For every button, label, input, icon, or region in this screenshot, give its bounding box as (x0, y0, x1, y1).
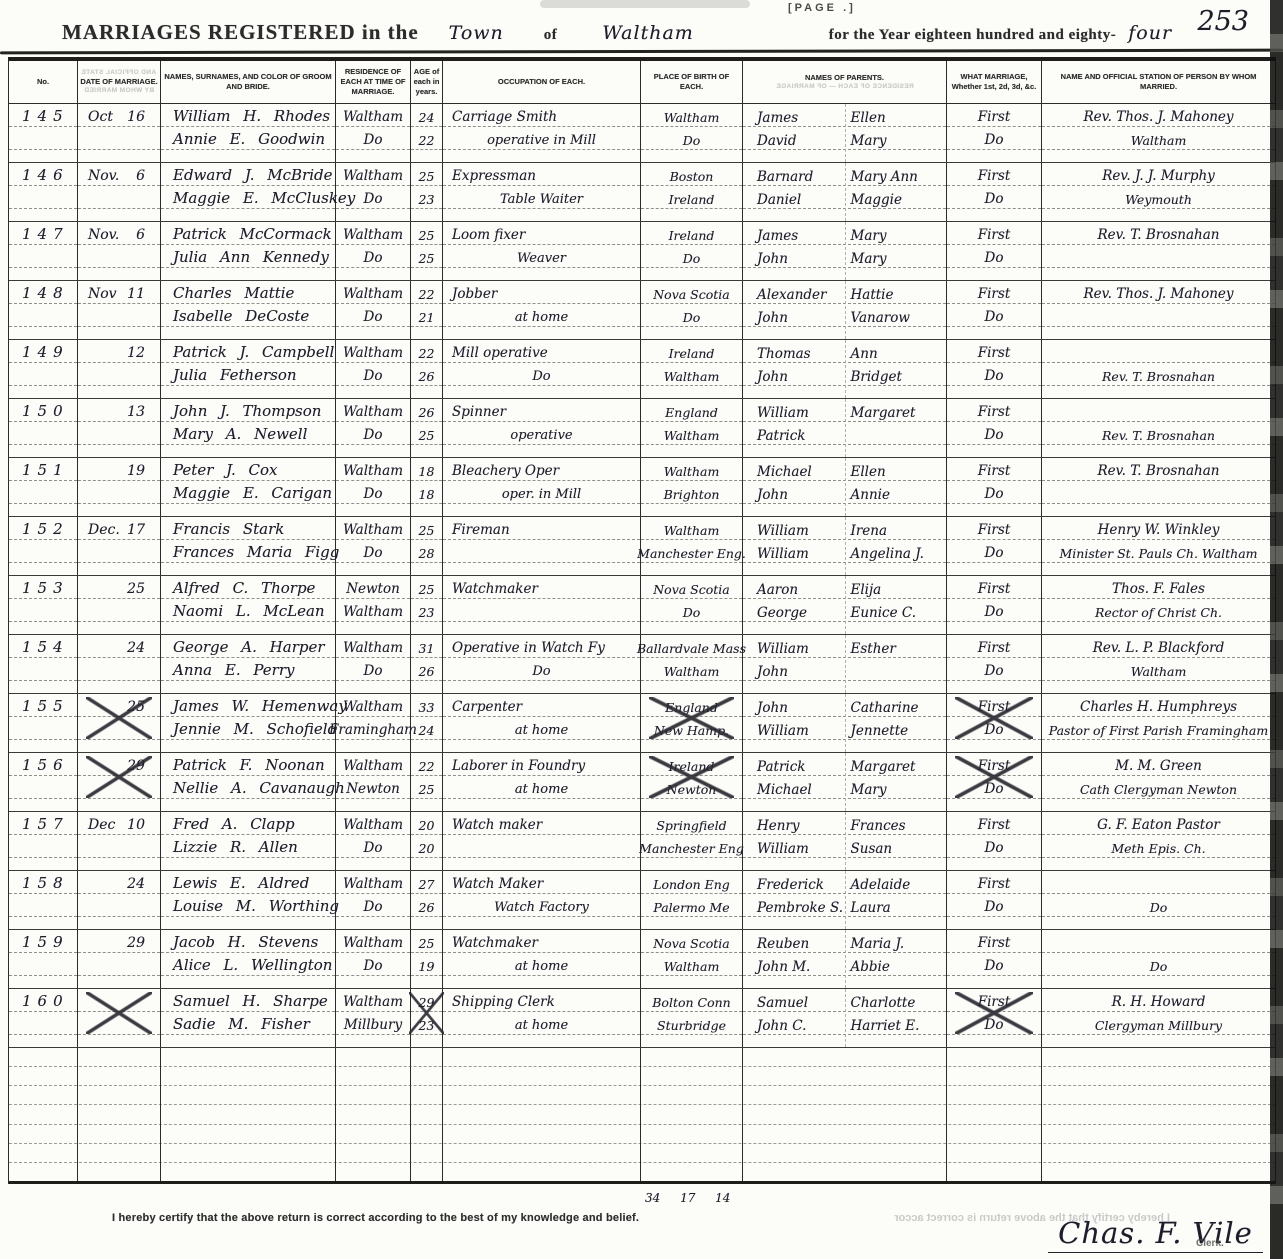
bride-occupation: operative in Mill (443, 127, 640, 150)
groom-age: 27 (411, 871, 442, 894)
bride-name: Maggie E. McCluskey (161, 186, 335, 209)
groom-father: Henry (743, 818, 845, 834)
residence-cell: Waltham Newton (336, 753, 411, 811)
groom-age: 24 (411, 104, 442, 127)
groom-marriage-order: First (947, 399, 1041, 422)
row-number: 151 (9, 458, 77, 481)
bride-father: George (743, 605, 845, 621)
officiant-station: Minister St. Pauls Ch. Waltham (1042, 540, 1275, 563)
groom-name: Lewis E. Aldred (161, 871, 335, 894)
bride-father: Pembroke S. (743, 900, 845, 916)
residence-cell: Waltham Do (336, 812, 411, 870)
groom-occupation: Loom fixer (443, 222, 640, 245)
groom-age: 31 (411, 635, 442, 658)
groom-father: William (743, 641, 845, 657)
page-title: MARRIAGES REGISTERED in the Town of Walt… (62, 20, 1272, 45)
row-number: 146 (9, 163, 77, 186)
clerk-signature-block: Chas. F. Vile (1048, 1216, 1263, 1253)
bride-birthplace: Palermo Me (641, 894, 742, 917)
officiant-name: Rev. L. P. Blackford (1042, 635, 1275, 658)
parents-cell: Patrick Margaret Michael Mary (743, 753, 947, 811)
cross-out-mark (409, 992, 444, 1034)
table-body: 145 Oct 16 William H. Rhodes Annie E. Go… (9, 104, 1276, 1048)
age-cell: 25 23 (411, 576, 443, 634)
bride-father: William (743, 546, 845, 562)
groom-father: William (743, 523, 845, 539)
bride-mother: Harriet E. (845, 1018, 947, 1034)
bride-residence: Do (336, 953, 410, 976)
groom-name: Charles Mattie (161, 281, 335, 304)
birthplace-cell: Bolton Conn Sturbridge (641, 989, 743, 1047)
row-number-cell: 158 (9, 871, 78, 929)
bride-residence: Do (336, 245, 410, 268)
groom-mother: Charlotte (845, 995, 947, 1011)
groom-name: Peter J. Cox (161, 458, 335, 481)
birthplace-cell: Waltham Manchester Eng. (641, 517, 743, 575)
bride-occupation: at home (443, 717, 640, 740)
bride-age: 25 (411, 422, 442, 445)
title-town-label: Town (449, 22, 504, 44)
marriage-date-cell: 29 (78, 930, 161, 988)
age-cell: 24 22 (411, 104, 443, 162)
groom-birthplace: Ballardvale Mass (641, 635, 742, 658)
marriage-day: 6 (136, 227, 145, 243)
officiant-station: Pastor of First Parish Framingham (1042, 717, 1275, 740)
bride-age: 25 (411, 776, 442, 799)
stray-tally-numbers: 34 17 14 (645, 1191, 730, 1205)
parents-cell: Michael Ellen John Annie (743, 458, 947, 516)
marriage-register-scan: [PAGE .] 253 MARRIAGES REGISTERED in the… (0, 0, 1283, 1259)
officiant-name: R. H. Howard (1042, 989, 1275, 1012)
bride-residence: Waltham (336, 599, 410, 622)
names-cell: Jacob H. Stevens Alice L. Wellington (161, 930, 336, 988)
officiant-cell: Rev. J. J. Murphy Weymouth (1042, 163, 1276, 221)
bride-residence: Newton (336, 776, 410, 799)
groom-age: 25 (411, 163, 442, 186)
bride-marriage-order: Do (947, 540, 1041, 563)
table-row: 149 12 Patrick J. Campbell Julia Fethers… (9, 340, 1276, 399)
title-year-prefix: for the Year eighteen hundred and eighty… (829, 27, 1116, 44)
groom-father: William (743, 405, 845, 421)
bride-mother: Jennette (845, 723, 947, 739)
officiant-station: Do (1042, 894, 1275, 917)
bride-age: 23 (411, 186, 442, 209)
age-cell: 25 25 (411, 222, 443, 280)
occupation-cell: Loom fixer Weaver (443, 222, 641, 280)
groom-father: Michael (743, 464, 845, 480)
bride-occupation: Weaver (443, 245, 640, 268)
groom-residence: Waltham (336, 989, 410, 1012)
groom-marriage-order: First (947, 517, 1041, 540)
groom-age: 22 (411, 753, 442, 776)
age-cell: 25 28 (411, 517, 443, 575)
marriage-date-cell: 19 (78, 458, 161, 516)
bride-name: Maggie E. Carigan (161, 481, 335, 504)
groom-residence: Waltham (336, 163, 410, 186)
officiant-station: Clergyman Millbury (1042, 1012, 1275, 1035)
groom-birthplace: Waltham (641, 517, 742, 540)
groom-occupation: Bleachery Oper (443, 458, 640, 481)
officiant-name: Rev. Thos. J. Mahoney (1042, 281, 1275, 304)
what-marriage-cell: First Do (947, 104, 1042, 162)
bride-birthplace: Do (641, 245, 742, 268)
groom-residence: Waltham (336, 635, 410, 658)
residence-cell: Waltham Do (336, 399, 411, 457)
cross-out-mark (86, 756, 152, 798)
cross-out-mark (649, 756, 734, 798)
officiant-station: Meth Epis. Ch. (1042, 835, 1275, 858)
birthplace-cell: Ballardvale Mass Waltham (641, 635, 743, 693)
age-cell: 25 19 (411, 930, 443, 988)
marriage-date-cell: Nov. 6 (78, 222, 161, 280)
officiant-station: Rev. T. Brosnahan (1042, 422, 1275, 445)
groom-marriage-order: First (947, 635, 1041, 658)
officiant-name: Rev. T. Brosnahan (1042, 222, 1275, 245)
officiant-cell: Rev. Thos. J. Mahoney Waltham (1042, 104, 1276, 162)
groom-marriage-order: First (947, 104, 1041, 127)
officiant-name (1042, 871, 1275, 894)
officiant-station (1042, 304, 1275, 327)
groom-age: 25 (411, 222, 442, 245)
title-town-name: Waltham (602, 22, 694, 44)
bride-marriage-order: Do (947, 422, 1041, 445)
names-cell: William H. Rhodes Annie E. Goodwin (161, 104, 336, 162)
bride-father: John C. (743, 1018, 845, 1034)
residence-cell: Waltham Do (336, 163, 411, 221)
what-marriage-cell: First Do (947, 576, 1042, 634)
groom-residence: Waltham (336, 517, 410, 540)
groom-marriage-order: First (947, 812, 1041, 835)
what-marriage-cell: First Do (947, 517, 1042, 575)
occupation-cell: Watch Maker Watch Factory (443, 871, 641, 929)
bride-birthplace: Do (641, 599, 742, 622)
groom-name: Edward J. McBride (161, 163, 335, 186)
age-cell: 22 21 (411, 281, 443, 339)
table-row: 146 Nov. 6 Edward J. McBride Maggie E. M… (9, 163, 1276, 222)
groom-residence: Newton (336, 576, 410, 599)
groom-father: John (743, 700, 845, 716)
residence-cell: Waltham Framingham (336, 694, 411, 752)
names-cell: Charles Mattie Isabelle DeCoste (161, 281, 336, 339)
officiant-cell: Do (1042, 930, 1276, 988)
occupation-cell: Spinner operative (443, 399, 641, 457)
row-number-cell: 145 (9, 104, 78, 162)
officiant-name: Charles H. Humphreys (1042, 694, 1275, 717)
officiant-cell: Thos. F. Fales Rector of Christ Ch. (1042, 576, 1276, 634)
bride-occupation: at home (443, 1012, 640, 1035)
groom-mother: Elija (845, 582, 947, 598)
groom-father: James (743, 110, 845, 126)
officiant-cell: Henry W. Winkley Minister St. Pauls Ch. … (1042, 517, 1276, 575)
groom-occupation: Jobber (443, 281, 640, 304)
row-number: 148 (9, 281, 77, 304)
officiant-name (1042, 399, 1275, 422)
row-number-cell: 159 (9, 930, 78, 988)
occupation-cell: Watchmaker (443, 576, 641, 634)
groom-father: Alexander (743, 287, 845, 303)
marriage-month: Dec (88, 817, 115, 833)
groom-occupation: Expressman (443, 163, 640, 186)
what-marriage-cell: First Do (947, 812, 1042, 870)
row-number-cell: 147 (9, 222, 78, 280)
occupation-cell: Laborer in Foundry at home (443, 753, 641, 811)
officiant-cell: G. F. Eaton Pastor Meth Epis. Ch. (1042, 812, 1276, 870)
birthplace-cell: Ireland Do (641, 222, 743, 280)
marriage-day: 17 (127, 522, 145, 538)
table-header-row: No. AND OFFICIAL STATE DATE OF MARRIAGE.… (9, 61, 1276, 104)
groom-residence: Waltham (336, 458, 410, 481)
column-header-occupation: OCCUPATION OF EACH. (443, 61, 641, 103)
bride-marriage-order: Do (947, 127, 1041, 150)
names-cell: Patrick McCormack Julia Ann Kennedy (161, 222, 336, 280)
bride-father: William (743, 723, 845, 739)
officiant-cell: M. M. Green Cath Clergyman Newton (1042, 753, 1276, 811)
marriage-date-cell: 29 (78, 753, 161, 811)
bride-marriage-order: Do (947, 953, 1041, 976)
occupation-cell: Operative in Watch Fy Do (443, 635, 641, 693)
marriage-month: Nov (88, 286, 117, 302)
officiant-station: Rev. T. Brosnahan (1042, 363, 1275, 386)
officiant-name: Rev. J. J. Murphy (1042, 163, 1275, 186)
table-row: 151 19 Peter J. Cox Maggie E. Carigan Wa… (9, 458, 1276, 517)
names-cell: Fred A. Clapp Lizzie R. Allen (161, 812, 336, 870)
birthplace-cell: Waltham Brighton (641, 458, 743, 516)
cross-out-mark (955, 992, 1033, 1034)
bride-name: Jennie M. Schofield (161, 717, 335, 740)
groom-residence: Waltham (336, 753, 410, 776)
marriage-month: Nov. (88, 227, 119, 243)
groom-age: 22 (411, 281, 442, 304)
bride-occupation: at home (443, 304, 640, 327)
groom-name: Samuel H. Sharpe (161, 989, 335, 1012)
groom-mother: Maria J. (845, 936, 947, 952)
groom-marriage-order: First (947, 930, 1041, 953)
row-number: 156 (9, 753, 77, 776)
bride-marriage-order: Do (947, 363, 1041, 386)
row-number-cell: 150 (9, 399, 78, 457)
row-number-cell: 153 (9, 576, 78, 634)
birthplace-cell: London Eng Palermo Me (641, 871, 743, 929)
groom-father: Barnard (743, 169, 845, 185)
officiant-name: Rev. Thos. J. Mahoney (1042, 104, 1275, 127)
marriage-date-cell: 24 (78, 635, 161, 693)
groom-marriage-order: First (947, 458, 1041, 481)
marriage-date-cell: 24 (78, 871, 161, 929)
parents-cell: Barnard Mary Ann Daniel Maggie (743, 163, 947, 221)
officiant-name: Thos. F. Fales (1042, 576, 1275, 599)
what-marriage-cell: First Do (947, 340, 1042, 398)
scan-artifact (540, 0, 750, 8)
marriage-day: 24 (127, 640, 145, 656)
column-header-date: AND OFFICIAL STATE DATE OF MARRIAGE. BY … (78, 61, 161, 103)
age-cell: 33 24 (411, 694, 443, 752)
occupation-cell: Expressman Table Waiter (443, 163, 641, 221)
row-number-cell: 154 (9, 635, 78, 693)
row-number-cell: 152 (9, 517, 78, 575)
bride-residence: Do (336, 304, 410, 327)
officiant-station: Cath Clergyman Newton (1042, 776, 1275, 799)
table-row: 145 Oct 16 William H. Rhodes Annie E. Go… (9, 104, 1276, 163)
bride-birthplace: Waltham (641, 422, 742, 445)
table-row: 152 Dec. 17 Francis Stark Frances Maria … (9, 517, 1276, 576)
groom-residence: Waltham (336, 104, 410, 127)
cross-out-mark (649, 697, 734, 739)
groom-father: Aaron (743, 582, 845, 598)
bride-marriage-order: Do (947, 186, 1041, 209)
bride-residence: Framingham (336, 717, 410, 740)
bride-residence: Do (336, 894, 410, 917)
bleed-through-text: AND OFFICIAL STATE (81, 69, 156, 77)
officiant-station: Do (1042, 953, 1275, 976)
bride-mother: Bridget (845, 369, 947, 385)
bride-father: David (743, 133, 845, 149)
bride-occupation: at home (443, 953, 640, 976)
marriage-date-cell: Nov 11 (78, 281, 161, 339)
title-of: of (544, 27, 558, 44)
bride-residence: Do (336, 422, 410, 445)
what-marriage-cell: First Do (947, 281, 1042, 339)
officiant-name: G. F. Eaton Pastor (1042, 812, 1275, 835)
groom-occupation: Watch Maker (443, 871, 640, 894)
groom-marriage-order: First (947, 576, 1041, 599)
groom-residence: Waltham (336, 222, 410, 245)
bride-residence: Do (336, 186, 410, 209)
groom-name: Jacob H. Stevens (161, 930, 335, 953)
parents-cell: Thomas Ann John Bridget (743, 340, 947, 398)
bride-marriage-order: Do (947, 304, 1041, 327)
parents-cell: John Catharine William Jennette (743, 694, 947, 752)
bride-occupation (443, 540, 640, 563)
groom-occupation: Mill operative (443, 340, 640, 363)
names-cell: Lewis E. Aldred Louise M. Worthing (161, 871, 336, 929)
residence-cell: Waltham Do (336, 458, 411, 516)
groom-age: 18 (411, 458, 442, 481)
marriage-day: 19 (127, 463, 145, 479)
groom-name: Fred A. Clapp (161, 812, 335, 835)
marriage-day: 11 (127, 286, 145, 302)
birthplace-cell: Waltham Do (641, 104, 743, 162)
bride-age: 24 (411, 717, 442, 740)
table-row: 155 25 James W. Hemenway Jennie M. Schof… (9, 694, 1276, 753)
bride-marriage-order: Do (947, 481, 1041, 504)
bride-age: 26 (411, 363, 442, 386)
groom-occupation: Shipping Clerk (443, 989, 640, 1012)
table-row: 148 Nov 11 Charles Mattie Isabelle DeCos… (9, 281, 1276, 340)
parents-cell: Reuben Maria J. John M. Abbie (743, 930, 947, 988)
marriage-date-cell: 12 (78, 340, 161, 398)
bride-occupation (443, 835, 640, 858)
officiant-name: Rev. T. Brosnahan (1042, 458, 1275, 481)
groom-name: James W. Hemenway (161, 694, 335, 717)
names-cell: John J. Thompson Mary A. Newell (161, 399, 336, 457)
groom-age: 22 (411, 340, 442, 363)
groom-name: William H. Rhodes (161, 104, 335, 127)
bride-mother: Annie (845, 487, 947, 503)
occupation-cell: Shipping Clerk at home (443, 989, 641, 1047)
marriage-date-cell (78, 989, 161, 1047)
bride-occupation: Table Waiter (443, 186, 640, 209)
groom-name: Patrick McCormack (161, 222, 335, 245)
groom-age: 26 (411, 399, 442, 422)
groom-marriage-order: First (947, 871, 1041, 894)
age-cell: 31 26 (411, 635, 443, 693)
table-row: 150 13 John J. Thompson Mary A. Newell W… (9, 399, 1276, 458)
groom-birthplace: London Eng (641, 871, 742, 894)
marriage-date-cell: Nov. 6 (78, 163, 161, 221)
occupation-cell: Watchmaker at home (443, 930, 641, 988)
what-marriage-cell: First Do (947, 635, 1042, 693)
birthplace-cell: Ireland Waltham (641, 340, 743, 398)
bride-birthplace: Ireland (641, 186, 742, 209)
bride-mother: Eunice C. (845, 605, 947, 621)
what-marriage-cell: First Do (947, 458, 1042, 516)
bride-residence: Do (336, 540, 410, 563)
bride-birthplace: Sturbridge (641, 1012, 742, 1035)
row-number: 152 (9, 517, 77, 540)
groom-father: Patrick (743, 759, 845, 775)
column-header-birthplace: PLACE OF BIRTH OF EACH. (641, 61, 743, 103)
row-number-cell: 155 (9, 694, 78, 752)
bride-occupation (443, 599, 640, 622)
table-row: 160 Samuel H. Sharpe Sadie M. Fisher Wal… (9, 989, 1276, 1048)
groom-occupation: Laborer in Foundry (443, 753, 640, 776)
groom-residence: Waltham (336, 399, 410, 422)
row-number: 160 (9, 989, 77, 1012)
bride-marriage-order: Do (947, 894, 1041, 917)
groom-mother: Ellen (845, 110, 947, 126)
residence-cell: Waltham Do (336, 222, 411, 280)
occupation-cell: Fireman (443, 517, 641, 575)
bride-residence: Do (336, 658, 410, 681)
groom-mother: Irena (845, 523, 947, 539)
bride-birthplace: Brighton (641, 481, 742, 504)
column-header-age: AGE of each in years. (411, 61, 443, 103)
groom-mother: Hattie (845, 287, 947, 303)
row-number: 159 (9, 930, 77, 953)
groom-name: George A. Harper (161, 635, 335, 658)
residence-cell: Waltham Do (336, 635, 411, 693)
bride-mother: Maggie (845, 192, 947, 208)
bride-residence: Do (336, 363, 410, 386)
column-header-official: NAME AND OFFICIAL STATION OF PERSON BY W… (1042, 61, 1276, 103)
age-cell: 18 18 (411, 458, 443, 516)
officiant-cell: Rev. T. Brosnahan (1042, 458, 1276, 516)
parents-cell: Aaron Elija George Eunice C. (743, 576, 947, 634)
age-cell: 22 25 (411, 753, 443, 811)
bride-age: 21 (411, 304, 442, 327)
bride-age: 26 (411, 658, 442, 681)
birthplace-cell: Springfield Manchester Eng (641, 812, 743, 870)
cross-out-mark (955, 697, 1033, 739)
column-header-parents: NAMES OF PARENTS. RESIDENCE OF EACH — OF… (743, 61, 947, 103)
marriage-date-cell: 25 (78, 694, 161, 752)
bride-occupation: operative (443, 422, 640, 445)
page-label: [PAGE .] (788, 2, 856, 14)
cross-out-mark (86, 992, 152, 1034)
bride-name: Lizzie R. Allen (161, 835, 335, 858)
bride-age: 22 (411, 127, 442, 150)
what-marriage-cell: First Do (947, 930, 1042, 988)
bride-mother: Mary (845, 133, 947, 149)
groom-marriage-order: First (947, 163, 1041, 186)
parents-cell: Alexander Hattie John Vanarow (743, 281, 947, 339)
names-cell: Samuel H. Sharpe Sadie M. Fisher (161, 989, 336, 1047)
bride-father: John (743, 664, 845, 680)
bride-residence: Millbury (336, 1012, 410, 1035)
row-number-cell: 149 (9, 340, 78, 398)
parents-cell: William Margaret Patrick (743, 399, 947, 457)
marriage-day: 12 (127, 345, 145, 361)
